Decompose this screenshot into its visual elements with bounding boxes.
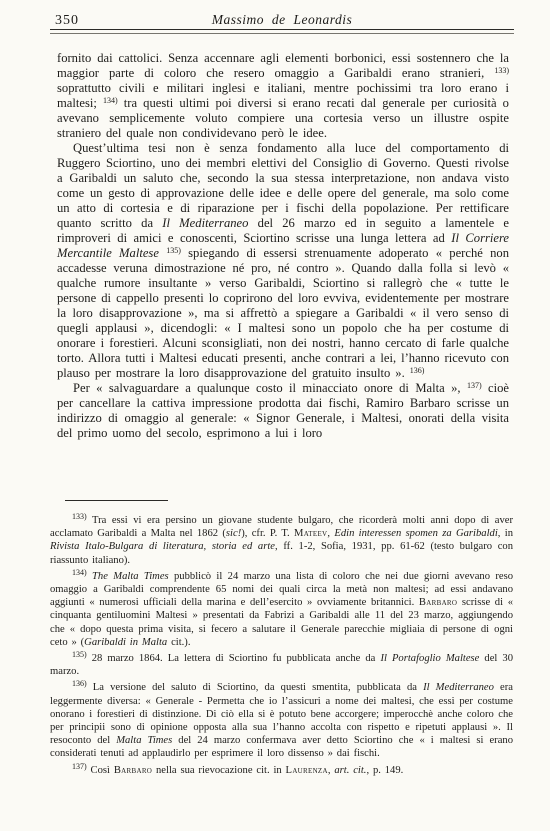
footnote-ref: 137) <box>467 381 482 390</box>
footnote-ref: 133) <box>72 512 87 521</box>
footnote-ref: 134) <box>72 568 87 577</box>
paragraph: Quest’ultima tesi non è senza fondamento… <box>57 141 509 381</box>
page-header: 350 Massimo de Leonardis <box>50 12 514 30</box>
italic-text: Rivista Italo-Bulgara di literatura, sto… <box>50 541 275 552</box>
text-run: tra questi ultimi poi diversi si erano r… <box>57 96 509 140</box>
footnote-ref: 135) <box>166 246 181 255</box>
footnote-ref: 136) <box>72 679 87 688</box>
footnote: 136) La versione del saluto di Sciortino… <box>50 681 513 760</box>
italic-text: The Malta Times <box>92 571 169 582</box>
page-number: 350 <box>55 13 79 29</box>
italic-text: Il Portafoglio Maltese <box>380 653 479 664</box>
italic-text: Il Mediterraneo <box>162 216 248 230</box>
text-run: , p. 149. <box>366 765 403 776</box>
footnote-ref: 133) <box>494 66 509 75</box>
italic-text: art. cit. <box>334 765 366 776</box>
footnote: 133) Tra essi vi era persino un giovane … <box>50 514 513 567</box>
text-run: , in <box>498 528 513 539</box>
footnote-ref: 134) <box>103 96 118 105</box>
footnote-separator <box>65 500 168 501</box>
footnote: 135) 28 marzo 1864. La lettera di Sciort… <box>50 652 513 678</box>
italic-text: Malta Times <box>116 735 172 746</box>
italic-text: Il Mediterraneo <box>423 682 494 693</box>
footnote-ref: 136) <box>410 366 425 375</box>
text-run: 28 marzo 1864. La lettera di Sciortino f… <box>87 653 381 664</box>
text-run: nella sua rievocazione cit. in <box>152 765 285 776</box>
italic-text: Garibaldi in Malta <box>84 637 167 648</box>
text-run: Così <box>87 765 114 776</box>
text-run: La versione del saluto di Sciortino, da … <box>87 682 423 693</box>
paragraph: Per « salvaguardare a qualunque costo il… <box>57 381 509 441</box>
footnote-ref: 135) <box>72 650 87 659</box>
book-page: 350 Massimo de Leonardis fornito dai cat… <box>0 0 550 831</box>
header-rule <box>50 29 514 34</box>
footnote: 137) Così Barbaro nella sua rievocazione… <box>50 764 513 777</box>
text-run: cit.). <box>167 637 190 648</box>
author-smallcaps: Mateev <box>294 528 327 539</box>
main-text: fornito dai cattolici. Senza accennare a… <box>57 51 509 441</box>
author-smallcaps: Laurenza <box>286 765 328 776</box>
text-run: fornito dai cattolici. Senza accennare a… <box>57 51 509 80</box>
footnote: 134) The Malta Times pubblicò il 24 marz… <box>50 570 513 649</box>
text-run: Per « salvaguardare a qualunque costo il… <box>73 381 467 395</box>
footnote-ref: 137) <box>72 762 87 771</box>
footnotes: 133) Tra essi vi era persino un giovane … <box>50 514 513 780</box>
italic-text: Edin interessen spomen za Garibaldi <box>334 528 497 539</box>
paragraph: fornito dai cattolici. Senza accennare a… <box>57 51 509 141</box>
italic-text: sic! <box>226 528 241 539</box>
author-smallcaps: Barbaro <box>114 765 152 776</box>
running-title: Massimo de Leonardis <box>50 12 514 28</box>
author-smallcaps: Barbaro <box>419 597 457 608</box>
text-run: ), cfr. P. T. <box>241 528 294 539</box>
text-run: spiegando di essersi strenuamente adoper… <box>57 246 509 380</box>
